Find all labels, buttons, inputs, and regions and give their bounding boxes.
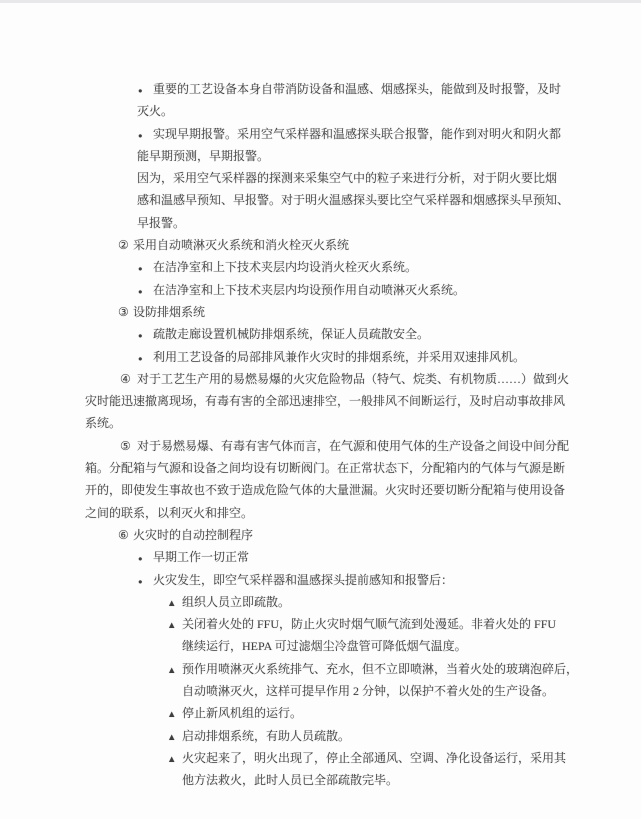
bullet-icon: ●: [138, 125, 153, 147]
list-item-bullet: ●在洁净室和上下技术夹层内均设消火栓灭火系统。: [0, 256, 641, 278]
list-item-bullet: ●在洁净室和上下技术夹层内均设预作用自动喷淋灭火系统。: [0, 279, 641, 301]
line-text: 火灾起来了，明火出现了，停止全部通风、空调、净化设备运行，采用其: [182, 747, 566, 769]
line-text: 火灾时的自动控制程序: [133, 524, 253, 546]
line-text: 疏散走廊设置机械防排烟系统，保证人员疏散安全。: [153, 323, 429, 345]
list-item-triangle: ▲停止新风机组的运行。: [0, 702, 641, 724]
list-item-triangle: ▲启动排烟系统，有助人员疏散。: [0, 725, 641, 747]
line-text: 因为，采用空气采样器的探测来采集空气中的粒子来进行分析，对于阴火要比烟: [137, 167, 557, 189]
line-text: 灾时能迅速撤离现场，有毒有害的全部迅速排空，一般排风不间断运行，及时启动事故排风: [85, 390, 565, 412]
triangle-icon: ▲: [167, 593, 182, 615]
line-text: 能早期预测，早期报警。: [137, 145, 269, 167]
bullet-icon: ●: [138, 281, 153, 303]
document-page: ●重要的工艺设备本身自带消防设备和温感、烟感探头，能做到及时报警，及时灭火。●实…: [0, 3, 641, 792]
list-item-triangle: ▲火灾起来了，明火出现了，停止全部通风、空调、净化设备运行，采用其: [0, 747, 641, 769]
line-text: 灭火。: [137, 100, 173, 122]
list-item-triangle-continuation: 自动喷淋灭火，这样可提早作用 2 分钟，以保护不着火处的生产设备。: [0, 680, 641, 702]
list-item-bullet: ●早期工作一切正常: [0, 546, 641, 568]
list-item-triangle: ▲预作用喷淋灭火系统排气、充水，但不立即喷淋，当着火处的玻璃泡碎后，: [0, 658, 641, 680]
line-text: 预作用喷淋灭火系统排气、充水，但不立即喷淋，当着火处的玻璃泡碎后，: [182, 658, 578, 680]
line-text: 感和温感早预知、早报警。对于明火温感探头要比空气采样器和烟感探头早预知、: [137, 189, 569, 211]
list-item-bullet-continuation: 因为，采用空气采样器的探测来采集空气中的粒子来进行分析，对于阴火要比烟: [0, 167, 641, 189]
line-text: 对于易燃易爆、有毒有害气体而言，在气源和使用气体的生产设备之间设中间分配: [137, 435, 569, 457]
line-text: 对于工艺生产用的易燃易爆的火灾危险物品（特气、烷类、有机物质……）做到火: [137, 368, 569, 390]
list-item-number: ②采用自动喷淋灭火系统和消火栓灭火系统: [0, 234, 641, 256]
list-item-bullet: ●疏散走廊设置机械防排烟系统，保证人员疏散安全。: [0, 323, 641, 345]
paragraph-line: 之间的联系，以利灭火和排空。: [0, 502, 641, 524]
line-text: 系统。: [85, 412, 121, 434]
line-text: 组织人员立即疏散。: [182, 591, 290, 613]
line-text: 利用工艺设备的局部排风兼作火灾时的排烟系统，并采用双速排风机。: [153, 346, 525, 368]
paragraph-line: 箱。分配箱与气源和设备之间均设有切断阀门。在正常状态下，分配箱内的气体与气源是断: [0, 457, 641, 479]
list-item-bullet: ●实现早期报警。采用空气采样器和温感探头联合报警，能作到对明火和阴火都: [0, 123, 641, 145]
line-text: 继续运行，HEPA 可过滤烟尘冷盘管可降低烟气温度。: [182, 635, 467, 657]
list-item-bullet-continuation: 早报警。: [0, 212, 641, 234]
list-item-number: ③设防排烟系统: [0, 301, 641, 323]
line-text: 早报警。: [137, 212, 185, 234]
list-item-triangle-continuation: 继续运行，HEPA 可过滤烟尘冷盘管可降低烟气温度。: [0, 635, 641, 657]
list-item-bullet: ●利用工艺设备的局部排风兼作火灾时的排烟系统，并采用双速排风机。: [0, 346, 641, 368]
bullet-icon: ●: [138, 325, 153, 347]
line-text: 他方法救火，此时人员已全部疏散完毕。: [182, 769, 398, 791]
circled-number-icon: ②: [118, 234, 133, 256]
line-text: 采用自动喷淋灭火系统和消火栓灭火系统: [133, 234, 349, 256]
line-text: 之间的联系，以利灭火和排空。: [85, 502, 253, 524]
list-item-number: ⑥火灾时的自动控制程序: [0, 524, 641, 546]
line-text: 实现早期报警。采用空气采样器和温感探头联合报警，能作到对明火和阴火都: [153, 123, 561, 145]
line-text: 设防排烟系统: [133, 301, 205, 323]
list-item-bullet-continuation: 能早期预测，早期报警。: [0, 145, 641, 167]
line-text: 早期工作一切正常: [153, 546, 249, 568]
line-text: 停止新风机组的运行。: [182, 702, 302, 724]
list-item-bullet-continuation: 灭火。: [0, 100, 641, 122]
line-text: 箱。分配箱与气源和设备之间均设有切断阀门。在正常状态下，分配箱内的气体与气源是断: [85, 457, 565, 479]
bullet-icon: ●: [138, 80, 153, 102]
paragraph-line: 开的，即使发生事故也不致于造成危险气体的大量泄漏。火灾时还要切断分配箱与使用设备: [0, 479, 641, 501]
paragraph-line: 灾时能迅速撤离现场，有毒有害的全部迅速排空，一般排风不间断运行，及时启动事故排风: [0, 390, 641, 412]
list-item-bullet: ●火灾发生，即空气采样器和温感探头提前感知和报警后：: [0, 569, 641, 591]
bullet-icon: ●: [138, 548, 153, 570]
list-item-triangle: ▲关闭着火处的 FFU，防止火灾时烟气顺气流到处漫延。非着火处的 FFU: [0, 613, 641, 635]
list-item-triangle-continuation: 他方法救火，此时人员已全部疏散完毕。: [0, 769, 641, 791]
paragraph-line: 系统。: [0, 412, 641, 434]
paragraph-first-line: ④对于工艺生产用的易燃易爆的火灾危险物品（特气、烷类、有机物质……）做到火: [0, 368, 641, 390]
line-text: 在洁净室和上下技术夹层内均设预作用自动喷淋灭火系统。: [153, 279, 465, 301]
list-item-bullet: ●重要的工艺设备本身自带消防设备和温感、烟感探头，能做到及时报警，及时: [0, 78, 641, 100]
line-text: 重要的工艺设备本身自带消防设备和温感、烟感探头，能做到及时报警，及时: [153, 78, 561, 100]
bullet-icon: ●: [138, 571, 153, 593]
line-text: 关闭着火处的 FFU，防止火灾时烟气顺气流到处漫延。非着火处的 FFU: [182, 613, 556, 635]
circled-number-icon: ③: [118, 301, 133, 323]
list-item-bullet-continuation: 感和温感早预知、早报警。对于明火温感探头要比空气采样器和烟感探头早预知、: [0, 189, 641, 211]
circled-number-icon: ⑤: [120, 435, 137, 457]
triangle-icon: ▲: [167, 660, 182, 682]
triangle-icon: ▲: [167, 727, 182, 749]
triangle-icon: ▲: [167, 615, 182, 637]
line-text: 启动排烟系统，有助人员疏散。: [182, 725, 350, 747]
bullet-icon: ●: [138, 348, 153, 370]
circled-number-icon: ④: [120, 368, 137, 390]
triangle-icon: ▲: [167, 704, 182, 726]
line-text: 自动喷淋灭火，这样可提早作用 2 分钟，以保护不着火处的生产设备。: [182, 680, 554, 702]
line-text: 开的，即使发生事故也不致于造成危险气体的大量泄漏。火灾时还要切断分配箱与使用设备: [85, 479, 565, 501]
triangle-icon: ▲: [167, 749, 182, 771]
circled-number-icon: ⑥: [118, 524, 133, 546]
bullet-icon: ●: [138, 258, 153, 280]
list-item-triangle: ▲组织人员立即疏散。: [0, 591, 641, 613]
line-text: 火灾发生，即空气采样器和温感探头提前感知和报警后：: [153, 569, 453, 591]
line-text: 在洁净室和上下技术夹层内均设消火栓灭火系统。: [153, 256, 417, 278]
paragraph-first-line: ⑤对于易燃易爆、有毒有害气体而言，在气源和使用气体的生产设备之间设中间分配: [0, 435, 641, 457]
